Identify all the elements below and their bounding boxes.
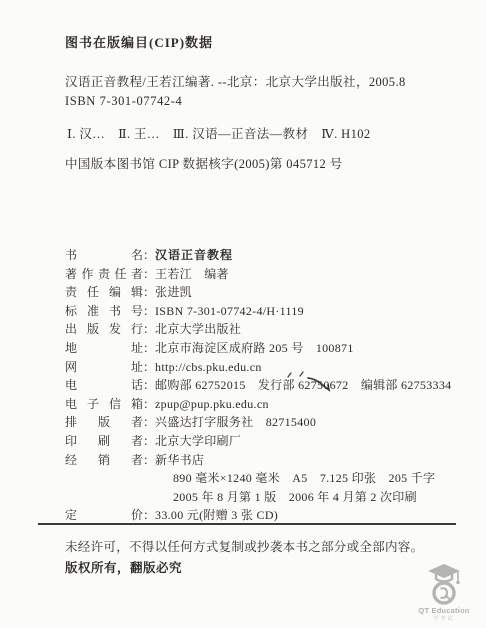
- colophon-row-address: 地址：北京市海淀区成府路 205 号 100871: [65, 339, 451, 358]
- colophon-colon: ：: [143, 339, 155, 358]
- colophon-row-email: 电子信箱：zpup@pup.pku.edu.cn: [65, 395, 451, 414]
- colophon-row-book-title: 书名：汉语正音教程: [65, 246, 451, 265]
- colophon-value: 890 毫米×1240 毫米 A5 7.125 印张 205 千字: [143, 471, 435, 485]
- colophon-label: 排版者: [65, 413, 143, 432]
- colophon-row-author: 著作责任者：王若江 编著: [65, 265, 451, 284]
- colophon-colon: ：: [143, 283, 155, 302]
- graduation-cap-icon: [422, 562, 466, 606]
- watermark-brand-text: QT Education: [412, 606, 476, 615]
- qt-education-watermark: QT Education 学考试: [412, 562, 476, 622]
- colophon-label: 印刷者: [65, 432, 143, 451]
- colophon-row-editor: 责任编辑：张进凯: [65, 283, 451, 302]
- cip-header: 图书在版编目(CIP)数据: [65, 32, 213, 51]
- colophon-row-edition: 2005 年 8 月第 1 版 2006 年 4 月第 2 次印刷: [65, 488, 451, 507]
- colophon-value: 兴盛达打字服务社 82715400: [155, 415, 316, 429]
- colophon-colon: ：: [143, 432, 155, 451]
- colophon-label: 著作责任者: [65, 265, 143, 284]
- watermark-caption-text: 学考试: [412, 615, 476, 622]
- colophon-value: 北京大学出版社: [155, 322, 241, 336]
- colophon-value: 33.00 元(附赠 3 张 CD): [155, 508, 278, 522]
- colophon-colon: ：: [143, 376, 155, 395]
- colophon-value: 新华书店: [155, 453, 204, 467]
- colophon-label: 电子信箱: [65, 395, 143, 414]
- colophon-value: 北京大学印刷厂: [155, 434, 241, 448]
- colophon-value: 张进凯: [155, 285, 192, 299]
- cip-record-line: 中国版本图书馆 CIP 数据核字(2005)第 045712 号: [65, 154, 343, 172]
- colophon-value: ISBN 7-301-07742-4/H·1119: [155, 304, 304, 318]
- colophon-row-typesetter: 排版者：兴盛达打字服务社 82715400: [65, 413, 451, 432]
- colophon-value: zpup@pup.pku.edu.cn: [155, 397, 269, 411]
- copyright-notice-line: 未经许可，不得以任何方式复制或抄袭本书之部分或全部内容。: [65, 537, 423, 555]
- pen-mark: [282, 369, 334, 393]
- colophon-colon: ：: [143, 320, 155, 339]
- colophon-colon: ：: [143, 302, 155, 321]
- colophon-section: 书名：汉语正音教程 著作责任者：王若江 编著 责任编辑：张进凯 标准书号：ISB…: [65, 246, 451, 525]
- cip-title-line: 汉语正音教程/王若江编著. --北京：北京大学出版社，2005.8: [65, 72, 406, 90]
- colophon-colon: ：: [143, 395, 155, 414]
- colophon-colon: ：: [143, 265, 155, 284]
- colophon-label: 地址: [65, 339, 143, 358]
- colophon-row-distributor: 经销者：新华书店: [65, 451, 451, 470]
- colophon-row-website: 网址：http://cbs.pku.edu.cn: [65, 358, 451, 377]
- colophon-label: 电话: [65, 376, 143, 395]
- colophon-label: 网址: [65, 358, 143, 377]
- colophon-label: 经销者: [65, 451, 143, 470]
- colophon-value: http://cbs.pku.edu.cn: [155, 360, 262, 374]
- colophon-row-format: 890 毫米×1240 毫米 A5 7.125 印张 205 千字: [65, 469, 451, 488]
- colophon-label: 标准书号: [65, 302, 143, 321]
- colophon-row-printer: 印刷者：北京大学印刷厂: [65, 432, 451, 451]
- colophon-value: 2005 年 8 月第 1 版 2006 年 4 月第 2 次印刷: [143, 490, 417, 504]
- colophon-value: 汉语正音教程: [155, 248, 233, 262]
- colophon-row-isbn: 标准书号：ISBN 7-301-07742-4/H·1119: [65, 302, 451, 321]
- cip-classification-line: Ⅰ. 汉… Ⅱ. 王… Ⅲ. 汉语—正音法—教材 Ⅳ. H102: [67, 124, 371, 142]
- all-rights-reserved-line: 版权所有，翻版必究: [65, 558, 182, 576]
- colophon-value: 王若江 编著: [155, 267, 229, 281]
- colophon-row-publisher: 出版发行：北京大学出版社: [65, 320, 451, 339]
- colophon-colon: ：: [143, 358, 155, 377]
- colophon-row-phone: 电话：邮购部 62752015 发行部 62750672 编辑部 6275333…: [65, 376, 451, 395]
- separator-rule: [38, 523, 456, 525]
- colophon-label: 出版发行: [65, 320, 143, 339]
- colophon-colon: ：: [143, 246, 155, 265]
- colophon-label: 书名: [65, 246, 143, 265]
- colophon-colon: ：: [143, 451, 155, 470]
- colophon-colon: ：: [143, 413, 155, 432]
- colophon-value: 北京市海淀区成府路 205 号 100871: [155, 341, 354, 355]
- colophon-label: 责任编辑: [65, 283, 143, 302]
- book-copyright-page: 图书在版编目(CIP)数据 汉语正音教程/王若江编著. --北京：北京大学出版社…: [0, 0, 486, 628]
- cip-isbn-line: ISBN 7-301-07742-4: [65, 94, 182, 109]
